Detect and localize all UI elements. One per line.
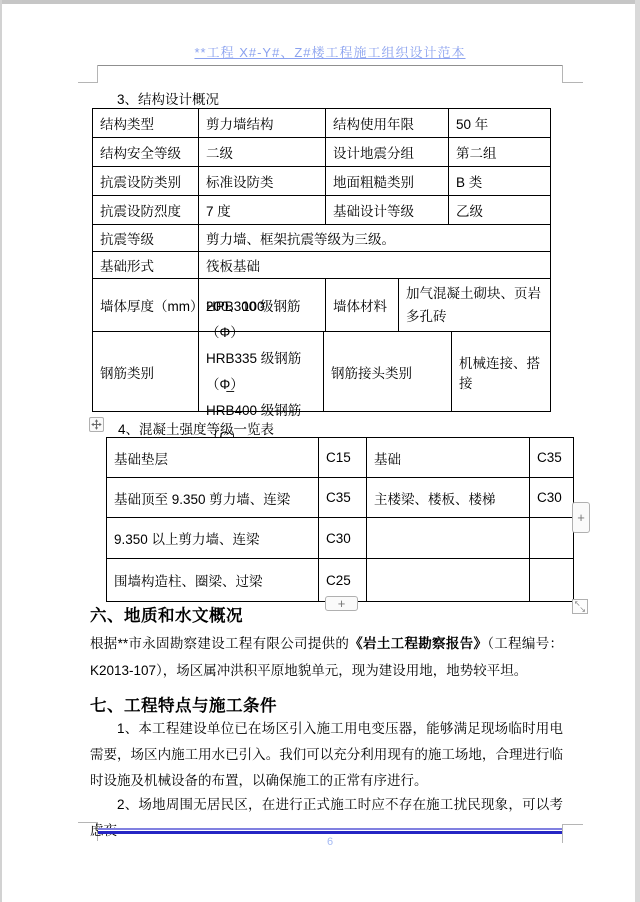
- table-cell[interactable]: 剪力墙、框架抗震等级为三级。: [199, 225, 550, 252]
- plus-icon: +: [577, 511, 585, 524]
- insert-row-button[interactable]: +: [325, 596, 358, 611]
- concrete-grade-table[interactable]: 基础垫层 C15 基础 C35 基础顶至 9.350 剪力墙、连梁 C35 主楼…: [106, 437, 574, 602]
- table-row[interactable]: 基础垫层 C15 基础 C35: [107, 438, 573, 478]
- footer-rule: [98, 828, 562, 834]
- table-move-handle[interactable]: [89, 417, 104, 432]
- geology-paragraph[interactable]: 根据**市永固勘察建设工程有限公司提供的《岩土工程勘察报告》（工程编号：K201…: [90, 630, 563, 684]
- table-row[interactable]: 基础顶至 9.350 剪力墙、连梁 C35 主楼梁、楼板、楼梯 C30: [107, 478, 573, 518]
- table-cell[interactable]: 乙级: [449, 196, 550, 225]
- window-left-strip: [0, 0, 2, 902]
- table-cell[interactable]: 钢筋接头类别: [324, 332, 452, 411]
- table-cell[interactable]: 抗震设防烈度: [93, 196, 199, 225]
- page-number: 6: [98, 836, 562, 848]
- document-window: **工程 X#-Y#、Z#楼工程施工组织设计范本 3、结构设计概况 结构类型 剪…: [0, 0, 640, 902]
- table-cell[interactable]: [367, 518, 530, 559]
- margin-mark-top-right-v: [562, 65, 563, 83]
- table-cell[interactable]: 墙体材料: [326, 279, 399, 332]
- table-cell[interactable]: C35: [319, 478, 367, 518]
- section3-title[interactable]: 3、结构设计概况: [117, 88, 219, 108]
- table-resize-handle[interactable]: ↖ ↘: [572, 599, 588, 614]
- table-cell[interactable]: 围墙构造柱、圈梁、过梁: [107, 559, 319, 601]
- table-cell[interactable]: 结构类型: [93, 109, 199, 138]
- table-cell[interactable]: 二级: [199, 138, 326, 167]
- table-cell[interactable]: 抗震设防类别: [93, 167, 199, 196]
- window-right-strip: [635, 0, 640, 902]
- geology-paragraph-prefix: 根据**市永固勘察建设工程有限公司提供的: [90, 636, 349, 651]
- table-cell[interactable]: 机械连接、搭接: [452, 332, 550, 411]
- table-cell[interactable]: [367, 559, 530, 601]
- resize-arrow-se-icon: ↘: [579, 605, 586, 614]
- table-row[interactable]: 结构类型 剪力墙结构 结构使用年限 50 年: [93, 109, 550, 138]
- geology-heading[interactable]: 六、地质和水文概况: [90, 602, 243, 626]
- table-cell[interactable]: 50 年: [449, 109, 550, 138]
- rebar-line: HRB335 级钢筋（Φ̲）: [206, 346, 323, 398]
- table-row[interactable]: 基础形式 筏板基础: [93, 252, 550, 279]
- table-cell[interactable]: C30: [319, 518, 367, 559]
- table-cell[interactable]: 筏板基础: [199, 252, 550, 279]
- table-cell[interactable]: 基础顶至 9.350 剪力墙、连梁: [107, 478, 319, 518]
- table-cell[interactable]: 墙体厚度（mm）: [93, 279, 199, 332]
- table-cell[interactable]: 标准设防类: [199, 167, 326, 196]
- features-heading[interactable]: 七、工程特点与施工条件: [90, 692, 277, 716]
- table-cell[interactable]: 抗震等级: [93, 225, 199, 252]
- table-cell[interactable]: C25: [319, 559, 367, 601]
- table-cell[interactable]: 剪力墙结构: [199, 109, 326, 138]
- insert-column-button[interactable]: +: [572, 502, 590, 533]
- margin-mark-top-left-h: [78, 82, 97, 83]
- table-cell[interactable]: 结构安全等级: [93, 138, 199, 167]
- table-cell[interactable]: 钢筋类别: [93, 332, 199, 411]
- margin-mark-top-right-h: [562, 82, 583, 83]
- table-row[interactable]: 抗震设防类别 标准设防类 地面粗糙类别 B 类: [93, 167, 550, 196]
- table-cell[interactable]: 7 度: [199, 196, 326, 225]
- survey-report-title: 《岩土工程勘察报告》: [349, 636, 487, 651]
- table-cell[interactable]: [530, 518, 573, 559]
- header-rule: [97, 65, 563, 66]
- table-row[interactable]: 抗震设防烈度 7 度 基础设计等级 乙级: [93, 196, 550, 225]
- table-cell[interactable]: 9.350 以上剪力墙、连梁: [107, 518, 319, 559]
- table-row[interactable]: 9.350 以上剪力墙、连梁 C30: [107, 518, 573, 559]
- table-cell[interactable]: C35: [530, 438, 573, 478]
- move-icon: [90, 418, 103, 431]
- table-cell[interactable]: B 类: [449, 167, 550, 196]
- rebar-types-cell[interactable]: HPB300 级钢筋（Φ） HRB335 级钢筋（Φ̲） HRB400 级钢筋（…: [199, 332, 324, 411]
- plus-icon: +: [338, 597, 346, 610]
- table-cell[interactable]: 第二组: [449, 138, 550, 167]
- table-row[interactable]: 围墙构造柱、圈梁、过梁 C25: [107, 559, 573, 601]
- table-row[interactable]: 结构安全等级 二级 设计地震分组 第二组: [93, 138, 550, 167]
- running-header-title: **工程 X#-Y#、Z#楼工程施工组织设计范本: [98, 42, 562, 61]
- table-row[interactable]: 抗震等级 剪力墙、框架抗震等级为三级。: [93, 225, 550, 252]
- table-cell[interactable]: 主楼梁、楼板、楼梯: [367, 478, 530, 518]
- margin-mark-top-left-v: [97, 65, 98, 83]
- table-cell[interactable]: [530, 559, 573, 601]
- margin-mark-bottom-right-h: [562, 824, 583, 825]
- structure-overview-table[interactable]: 结构类型 剪力墙结构 结构使用年限 50 年 结构安全等级 二级 设计地震分组 …: [92, 108, 551, 412]
- table-cell[interactable]: 地面粗糙类别: [326, 167, 449, 196]
- table-cell[interactable]: C15: [319, 438, 367, 478]
- table-row[interactable]: 钢筋类别 HPB300 级钢筋（Φ） HRB335 级钢筋（Φ̲） HRB400…: [93, 332, 550, 411]
- table-cell[interactable]: 加气混凝土砌块、页岩多孔砖: [399, 279, 550, 332]
- table-cell[interactable]: 基础垫层: [107, 438, 319, 478]
- table-cell[interactable]: C30: [530, 478, 573, 518]
- section4-title[interactable]: 4、混凝土强度等级一览表: [118, 418, 274, 438]
- table-cell[interactable]: 基础形式: [93, 252, 199, 279]
- features-paragraph-1[interactable]: 1、本工程建设单位已在场区引入施工用电变压器，能够满足现场临时用电需要，场区内施…: [90, 716, 563, 794]
- table-cell[interactable]: 设计地震分组: [326, 138, 449, 167]
- table-cell[interactable]: 结构使用年限: [326, 109, 449, 138]
- window-top-strip: [0, 0, 640, 4]
- table-cell[interactable]: 基础: [367, 438, 530, 478]
- table-cell[interactable]: 基础设计等级: [326, 196, 449, 225]
- rebar-line: HPB300 级钢筋（Φ）: [206, 294, 323, 346]
